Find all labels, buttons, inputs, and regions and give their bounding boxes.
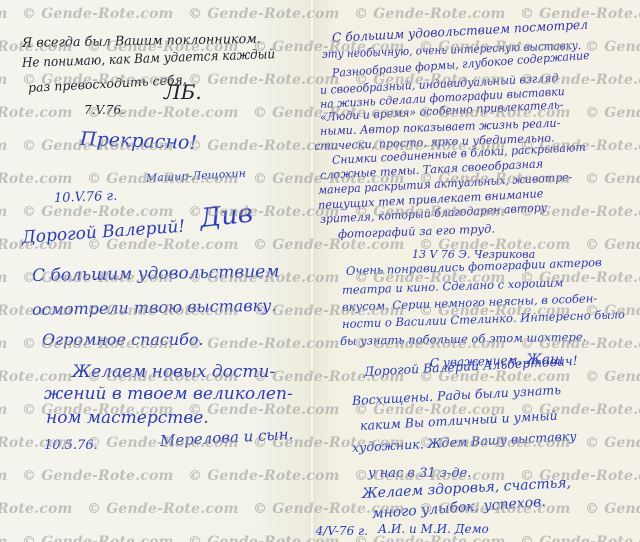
right-entry3-line2: каким Вы отличный и умный	[360, 408, 558, 433]
right-entry3-date: 14/V-76 г.	[312, 524, 368, 538]
guestbook-spread: Я всегда был Вашим поклонником. Не поним…	[0, 0, 640, 542]
left-entry1-line2: Не понимаю, как Вам удается каждый	[22, 47, 276, 71]
left-entry3-line5: жений в твоем великолеп-	[44, 384, 293, 404]
left-entry3-line1: С большим удовольствием	[32, 262, 280, 286]
left-entry3-greeting: Дорогой Валерий!	[21, 217, 185, 248]
left-entry3-line6: ном мастерстве.	[46, 408, 209, 428]
left-entry2-signature: Див	[198, 199, 254, 234]
left-entry2-author-note: Машир-Лещохин	[146, 167, 246, 185]
left-entry2-date: 10.V.76 г.	[54, 189, 118, 206]
right-entry1-line14: фотографий за его труд.	[338, 222, 496, 241]
left-entry3-line4: Желаем новых дости-	[72, 362, 275, 382]
left-entry1-signature: ЛБ.	[164, 80, 202, 104]
left-entry3-date: 10.5.76.	[44, 438, 98, 453]
right-entry3-line1: Восхищены. Рады были узнать	[352, 382, 562, 408]
right-entry3-line3: художник. Ждем Вашу выставку	[352, 428, 577, 455]
right-entry2-line1: Очень понравились фотографии актеров	[346, 255, 602, 278]
right-entry3-line4: у нас в 31 з-де.	[368, 466, 471, 481]
left-entry2-text: Прекрасно!	[80, 128, 198, 154]
right-entry2-line5: бы узнать побольше об этом шахтере.	[340, 330, 586, 348]
book-spine	[309, 0, 315, 542]
right-page: С большим удовольствием посмотрел эту не…	[312, 0, 640, 542]
left-page: Я всегда был Вашим поклонником. Не поним…	[0, 0, 312, 542]
left-entry3-line3: Огромное спасибо.	[42, 330, 204, 349]
right-entry3-signature: А.И. и М.И. Демо	[378, 522, 489, 536]
left-entry3-signature: Мерелова и сын.	[160, 425, 294, 450]
left-entry3-line2: осмотрели твою выставку.	[32, 296, 277, 319]
left-entry1-date: 7.V.76.	[84, 103, 125, 117]
